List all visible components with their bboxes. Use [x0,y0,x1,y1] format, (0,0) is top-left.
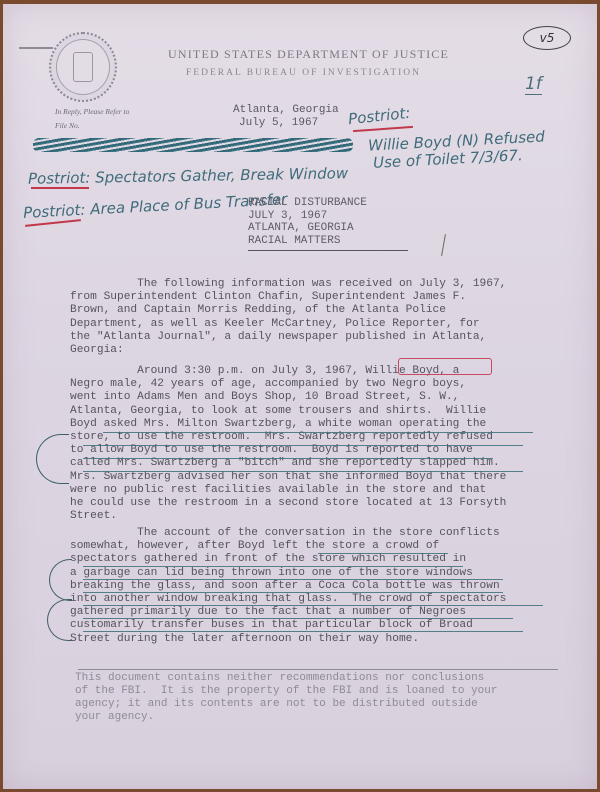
subject-line-3: ATLANTA, GEORGIA [248,222,408,235]
subject-rule [248,250,408,251]
seal-pointer-line [19,47,53,49]
redacted-scribble [33,138,353,152]
pen-underline [83,579,503,580]
reply-line-1: In Reply, Please Refer to [55,105,129,119]
pen-underline [318,553,448,554]
dateline: Atlanta, Georgia July 5, 1967 [233,104,339,130]
fbi-seal-icon [49,32,117,102]
dateline-city: Atlanta, Georgia [233,104,339,117]
bureau-heading: FEDERAL BUREAU OF INVESTIGATION [186,68,421,78]
document-page: UNITED STATES DEPARTMENT OF JUSTICE FEDE… [3,4,597,789]
margin-bracket [47,599,72,641]
red-underline [31,187,89,189]
pen-underline [83,631,523,632]
postriot-note-2: Postriot: Spectators Gather, Break Windo… [28,164,348,188]
pen-underline [83,471,523,472]
circled-annotation: v5 [523,26,571,50]
department-heading: UNITED STATES DEPARTMENT OF JUSTICE [168,47,449,62]
pen-underline [83,566,463,567]
dateline-date: July 5, 1967 [233,117,339,130]
paragraph-3: The account of the conversation in the s… [70,527,560,646]
pen-underline [83,592,503,593]
reply-reference: In Reply, Please Refer to File No. [55,105,129,133]
pen-underline [103,432,533,433]
subject-block: RACIAL DISTURBANCE JULY 3, 1967 ATLANTA,… [248,197,408,251]
pencil-tick [441,234,446,256]
footer-rule [78,669,558,670]
pen-underline [83,445,523,446]
subject-line-1: RACIAL DISTURBANCE [248,197,408,210]
postriot-label-1: Postriot: [347,104,411,128]
subject-line-4: RACIAL MATTERS [248,235,408,248]
pen-underline [83,605,543,606]
name-box-annotation [398,358,492,375]
corner-mark: 1f [525,74,542,95]
subject-line-2: JULY 3, 1967 [248,210,408,223]
margin-bracket [36,434,69,484]
footer-disclaimer: This document contains neither recommend… [75,672,497,724]
paragraph-1: The following information was received o… [70,278,560,357]
margin-bracket [49,559,72,601]
pen-underline [83,458,493,459]
reply-line-2: File No. [55,119,129,133]
pen-underline [83,618,513,619]
